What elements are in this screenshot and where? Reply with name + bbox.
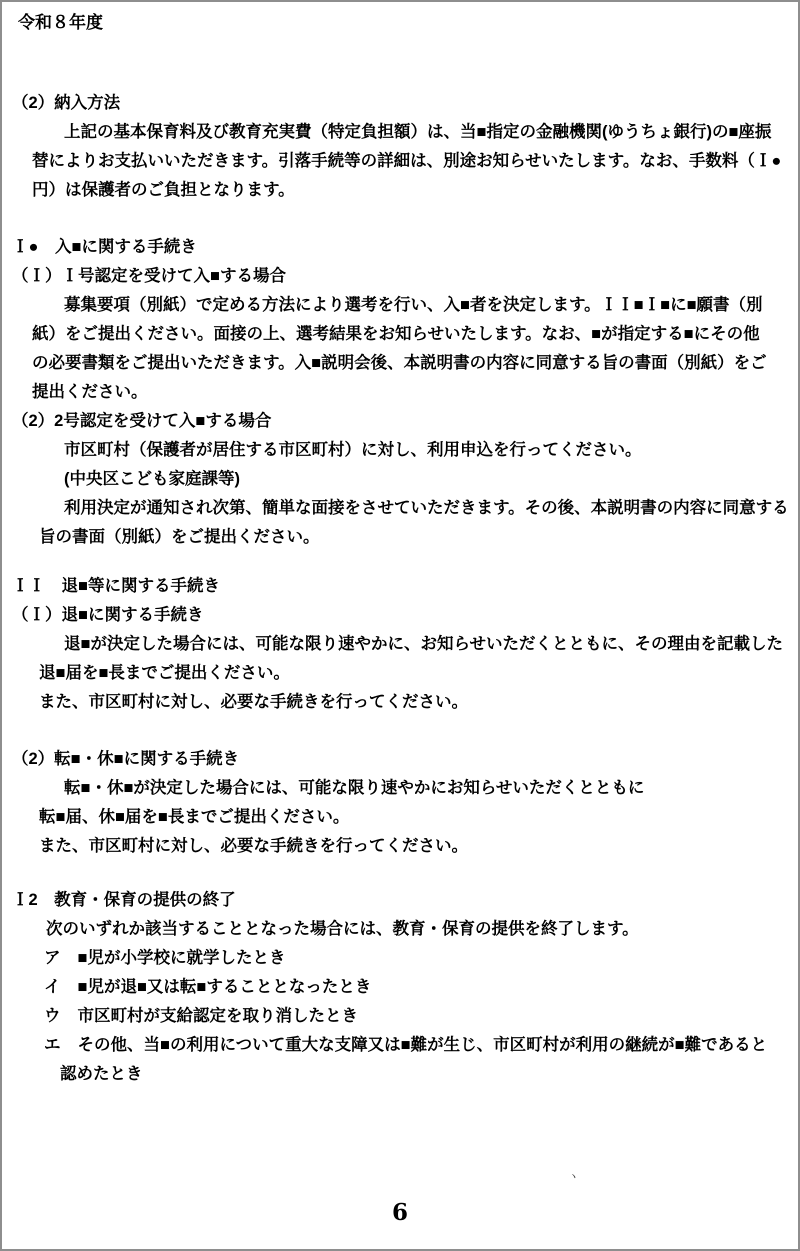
subsection-heading: （Ｉ）Ｉ号認定を受けて入■する場合 [2, 262, 798, 291]
subsection-heading: （2）転■・休■に関する手続き [2, 745, 798, 774]
list-item-text: その他、当■の利用について重大な支障又は■難が生じ、市区町村が利用の継続が■難で… [78, 1036, 768, 1054]
list-item: ウ市区町村が支給認定を取り消したとき [2, 1002, 798, 1031]
text-line: 転■届、休■届を■長までご提出ください。 [2, 803, 798, 832]
text-line: 転■・休■が決定した場合には、可能な限り速やかにお知らせいただくとともに [2, 774, 798, 803]
text-line: 円）は保護者のご負担となります。 [2, 176, 798, 205]
list-item-text: ■児が小学校に就学したとき [78, 949, 286, 967]
section-admission: Ｉ● 入■に関する手続き （Ｉ）Ｉ号認定を受けて入■する場合 募集要項（別紙）で… [2, 233, 798, 552]
subsection-heading: （2）2号認定を受けて入■する場合 [2, 407, 798, 436]
page-number: 6 [392, 1200, 408, 1226]
fiscal-year-heading: 令和８年度 [2, 2, 798, 37]
section-withdrawal: ＩＩ 退■等に関する手続き （Ｉ）退■に関する手続き 退■が決定した場合には、可… [2, 572, 798, 861]
section-heading: ＩＩ 退■等に関する手続き [2, 572, 798, 601]
text-line: 退■が決定した場合には、可能な限り速やかに、お知らせいただくとともに、その理由を… [2, 630, 798, 659]
subsection-heading: （Ｉ）退■に関する手続き [2, 601, 798, 630]
section-heading: （2）納入方法 [2, 89, 798, 118]
text-line: 利用決定が通知され次第、簡単な面接をさせていただきます。その後、本説明書の内容に… [2, 494, 798, 523]
text-line: の必要書類をご提出いただきます。入■説明会後、本説明書の内容に同意する旨の書面（… [2, 349, 798, 378]
text-line: 認めたとき [2, 1060, 798, 1089]
stray-scan-mark: ヽ [568, 1172, 579, 1183]
text-line: 退■届を■長までご提出ください。 [2, 659, 798, 688]
list-item-label: ア [44, 944, 61, 973]
text-line: また、市区町村に対し、必要な手続きを行ってください。 [2, 832, 798, 861]
text-line: 募集要項（別紙）で定める方法により選考を行い、入■者を決定します。ＩＩ■Ｉ■に■… [2, 291, 798, 320]
section-heading: Ｉ2 教育・保育の提供の終了 [2, 886, 798, 915]
list-item: イ■児が退■又は転■することとなったとき [2, 973, 798, 1002]
list-item-text: ■児が退■又は転■することとなったとき [78, 978, 372, 996]
section-termination: Ｉ2 教育・保育の提供の終了 次のいずれか該当することとなった場合には、教育・保… [2, 886, 798, 1089]
list-item: ア■児が小学校に就学したとき [2, 944, 798, 973]
section-heading: Ｉ● 入■に関する手続き [2, 233, 798, 262]
section-payment: （2）納入方法 上記の基本保育料及び教育充実費（特定負担額）は、当■指定の金融機… [2, 89, 798, 205]
text-line: 旨の書面（別紙）をご提出ください。 [2, 523, 798, 552]
list-item-label: エ [44, 1031, 61, 1060]
document-page: 令和８年度 （2）納入方法 上記の基本保育料及び教育充実費（特定負担額）は、当■… [0, 0, 800, 1251]
text-line: 市区町村（保護者が居住する市区町村）に対し、利用申込を行ってください。 [2, 436, 798, 465]
text-line: 上記の基本保育料及び教育充実費（特定負担額）は、当■指定の金融機関(ゆうちょ銀行… [2, 118, 798, 147]
list-item-label: イ [44, 973, 61, 1002]
list-item: エその他、当■の利用について重大な支障又は■難が生じ、市区町村が利用の継続が■難… [2, 1031, 798, 1060]
text-line: 替によりお支払いいただきます。引落手続等の詳細は、別途お知らせいたします。なお、… [2, 147, 798, 176]
list-item-label: ウ [44, 1002, 61, 1031]
text-line: 紙）をご提出ください。面接の上、選考結果をお知らせいたします。なお、■が指定する… [2, 320, 798, 349]
text-line: 次のいずれか該当することとなった場合には、教育・保育の提供を終了します。 [2, 915, 798, 944]
text-line: また、市区町村に対し、必要な手続きを行ってください。 [2, 688, 798, 717]
text-line: 提出ください。 [2, 378, 798, 407]
list-item-text: 市区町村が支給認定を取り消したとき [78, 1007, 359, 1025]
text-line: (中央区こども家庭課等) [2, 465, 798, 494]
